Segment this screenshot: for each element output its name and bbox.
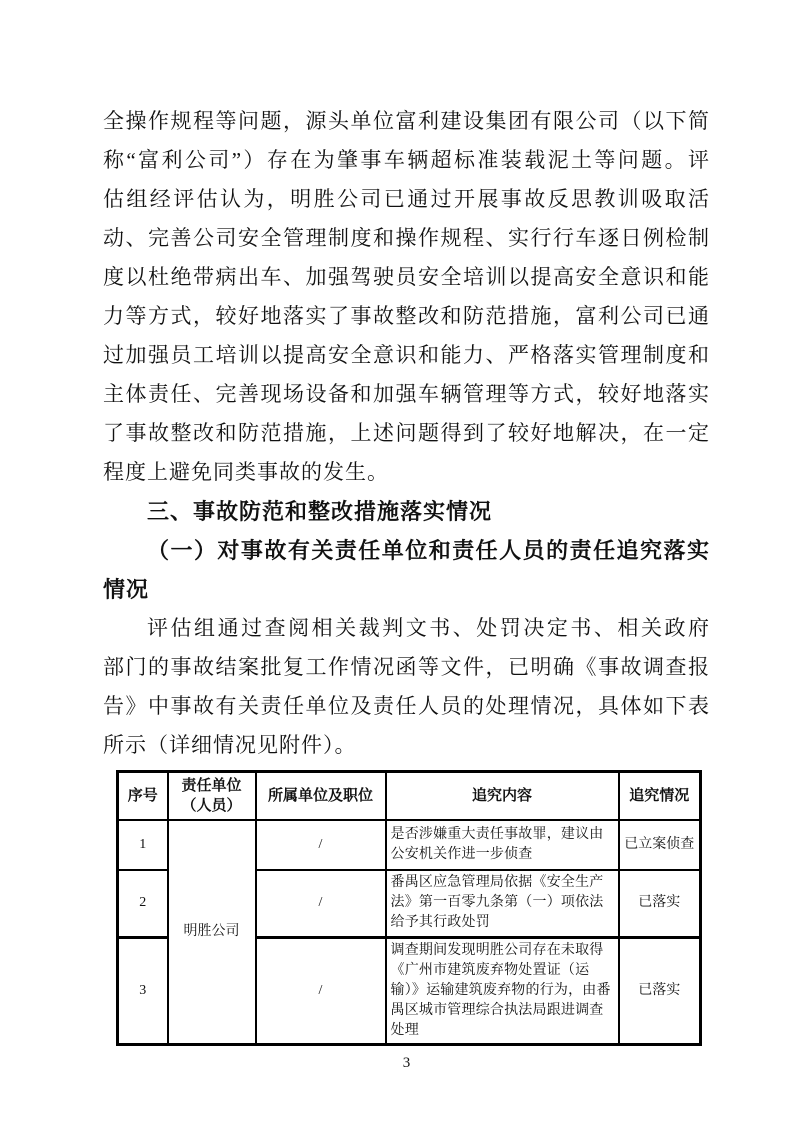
cell-accountability-content: 调查期间发现明胜公司存在未取得《广州市建筑废弃物处置证（运输）》运输建筑废弃物的… [386,938,619,1045]
cell-accountability-status: 已落实 [619,870,701,938]
document-content: 全操作规程等问题，源头单位富利建设集团有限公司（以下简称“富利公司”）存在为肇事… [103,102,710,1072]
text-line: 所示（详细情况见附件）。 [103,726,710,765]
text-line: 主体责任、完善现场设备和加强车辆管理等方式，较好地落实 [103,375,710,414]
text-line: 评估组通过查阅相关裁判文书、处罚决定书、相关政府 [103,609,710,648]
text-line: 过加强员工培训以提高安全意识和能力、严格落实管理制度和 [103,336,710,375]
text-line: （一）对事故有关责任单位和责任人员的责任追究落实 [103,531,710,570]
cell-accountability-status: 已立案侦查 [619,820,701,870]
text-line: 全操作规程等问题，源头单位富利建设集团有限公司（以下简 [103,102,710,141]
cell-position: / [256,870,386,938]
paragraph-responsibility-review: 评估组通过查阅相关裁判文书、处罚决定书、相关政府部门的事故结案批复工作情况函等文… [103,609,710,765]
text-line: 部门的事故结案批复工作情况函等文件，已明确《事故调查报 [103,648,710,687]
cell-position: / [256,820,386,870]
table-header-cell: 所属单位及职位 [256,772,386,820]
section-heading: 三、事故防范和整改措施落实情况 [103,492,710,531]
text-line: 动、完善公司安全管理制度和操作规程、实行行车逐日例检制 [103,219,710,258]
cell-position: / [256,938,386,1045]
cell-accountability-content: 番禺区应急管理局依据《安全生产法》第一百零九条第（一）项依法给予其行政处罚 [386,870,619,938]
cell-seq: 1 [118,820,168,870]
table-header-cell: 追究内容 [386,772,619,820]
cell-seq: 3 [118,938,168,1045]
paragraph-evaluation-findings: 全操作规程等问题，源头单位富利建设集团有限公司（以下简称“富利公司”）存在为肇事… [103,102,710,492]
text-line: 度以杜绝带病出车、加强驾驶员安全培训以提高安全意识和能 [103,258,710,297]
text-line: 情况 [103,570,710,609]
text-line: 告》中事故有关责任单位及责任人员的处理情况，具体如下表 [103,687,710,726]
page-number: 3 [103,1055,710,1072]
text-line: 了事故整改和防范措施，上述问题得到了较好地解决，在一定 [103,414,710,453]
cell-accountability-status: 已落实 [619,938,701,1045]
responsibility-table: 序号责任单位（人员）所属单位及职位追究内容追究情况 1明胜公司/是否涉嫌重大责任… [116,770,702,1046]
table-header-cell: 序号 [118,772,168,820]
document-page: 全操作规程等问题，源头单位富利建设集团有限公司（以下简称“富利公司”）存在为肇事… [0,0,794,1123]
text-line: 估组经评估认为，明胜公司已通过开展事故反思教训吸取活 [103,180,710,219]
subsection-heading: （一）对事故有关责任单位和责任人员的责任追究落实情况 [103,531,710,609]
text-line: 力等方式，较好地落实了事故整改和防范措施，富利公司已通 [103,297,710,336]
text-line: 程度上避免同类事故的发生。 [103,453,710,492]
table-header-cell: 追究情况 [619,772,701,820]
cell-seq: 2 [118,870,168,938]
cell-accountability-content: 是否涉嫌重大责任事故罪，建议由公安机关作进一步侦查 [386,820,619,870]
table-header-cell: 责任单位（人员） [168,772,256,820]
text-line: 称“富利公司”）存在为肇事车辆超标准装载泥土等问题。评 [103,141,710,180]
cell-responsible-unit: 明胜公司 [168,820,256,1045]
